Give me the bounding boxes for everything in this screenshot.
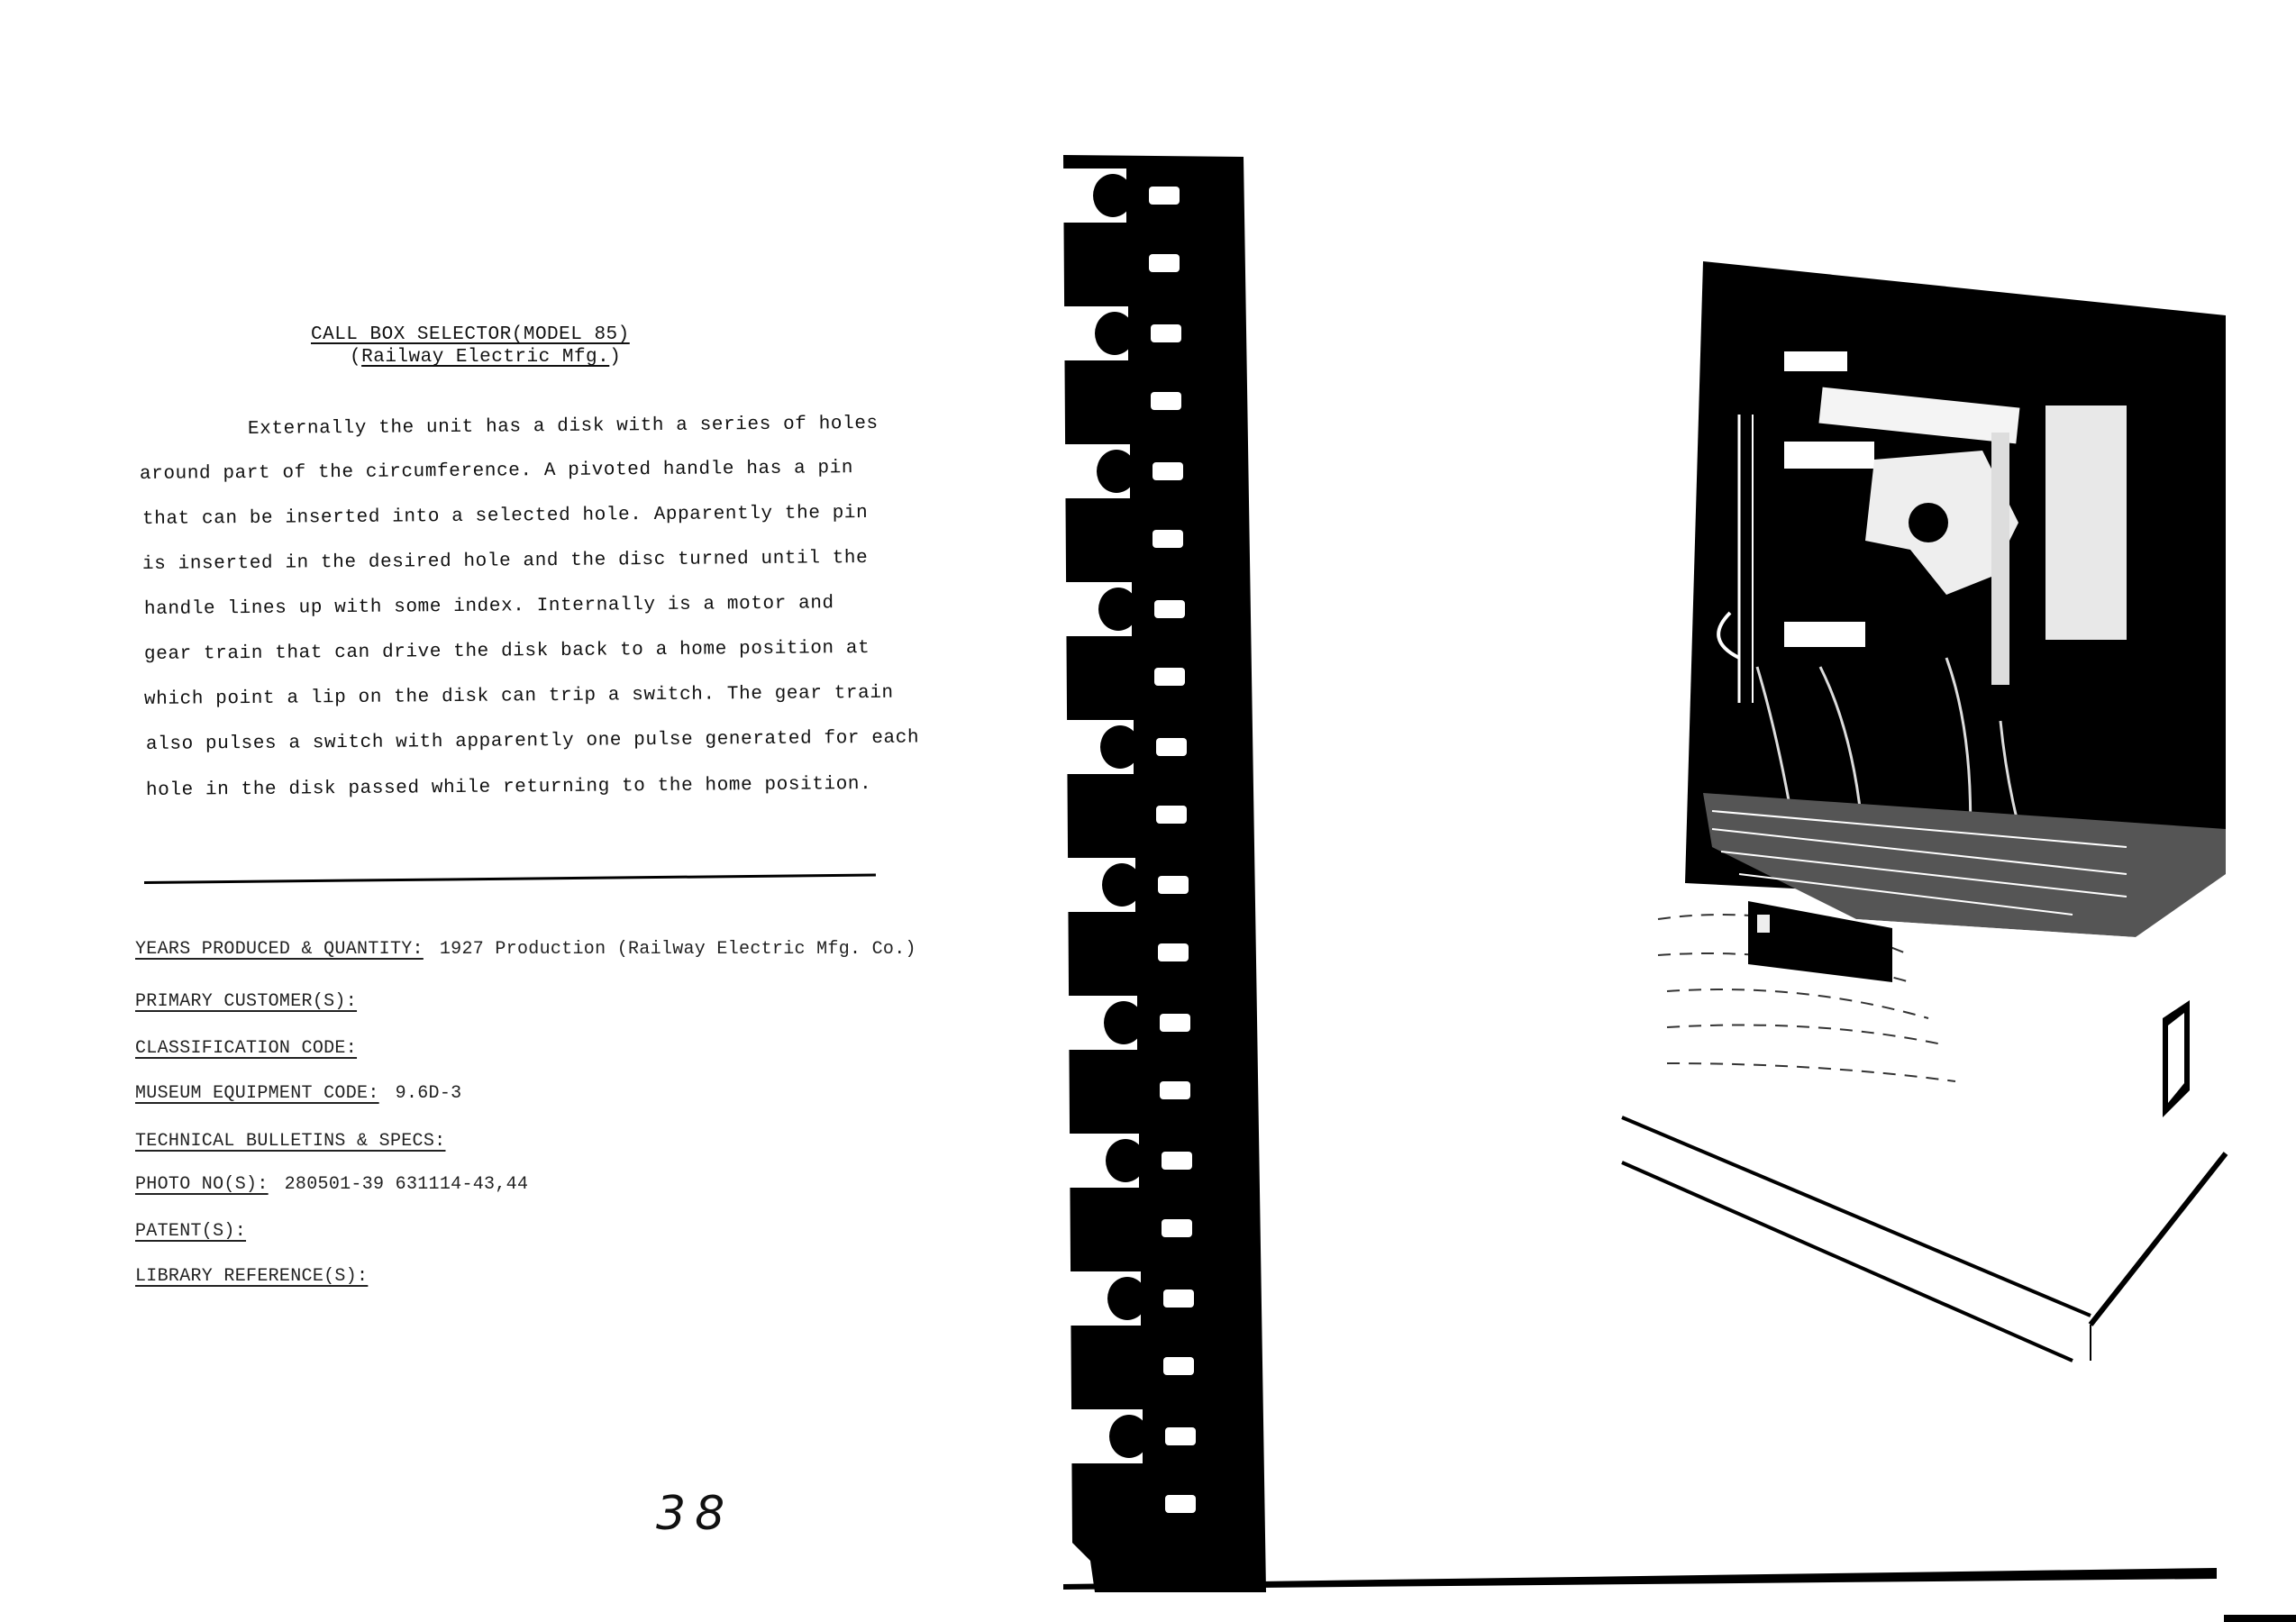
field-row: LIBRARY REFERENCE(S): [135, 1266, 384, 1287]
field-label: MUSEUM EQUIPMENT CODE: [135, 1083, 379, 1104]
body-line: also pulses a switch with apparently one… [146, 728, 919, 755]
field-label: CLASSIFICATION CODE: [135, 1038, 357, 1059]
field-value: 280501-39 631114-43,44 [285, 1174, 529, 1195]
field-label: PRIMARY CUSTOMER(S): [135, 991, 357, 1012]
body-line: handle lines up with some index. Interna… [144, 593, 834, 620]
document-subtitle: (Railway Electric Mfg.) [350, 347, 621, 368]
field-row: PATENT(S): [135, 1221, 262, 1242]
field-label: TECHNICAL BULLETINS & SPECS: [135, 1131, 445, 1152]
section-divider [144, 873, 876, 884]
field-value: 9.6D-3 [396, 1083, 462, 1104]
call-box-selector-photo [1442, 252, 2235, 1424]
field-row: MUSEUM EQUIPMENT CODE:9.6D-3 [135, 1083, 461, 1104]
body-line: is inserted in the desired hole and the … [142, 548, 868, 575]
body-line: which point a lip on the disk can trip a… [144, 683, 894, 710]
field-row: TECHNICAL BULLETINS & SPECS: [135, 1131, 461, 1152]
subtitle-paren-open: ( [350, 347, 361, 368]
field-value: 1927 Production (Railway Electric Mfg. C… [440, 939, 916, 960]
field-row: PRIMARY CUSTOMER(S): [135, 991, 373, 1012]
subtitle-paren-close: ) [609, 347, 621, 368]
field-label: LIBRARY REFERENCE(S): [135, 1266, 368, 1287]
page-number: 38 [656, 1487, 733, 1541]
binder-strip [1063, 155, 1266, 1592]
field-label: PHOTO NO(S): [135, 1174, 269, 1195]
manufacturer-name: Railway Electric Mfg. [361, 347, 609, 368]
field-row: PHOTO NO(S):280501-39 631114-43,44 [135, 1174, 528, 1195]
body-line: around part of the circumference. A pivo… [140, 458, 853, 485]
body-line: Externally the unit has a disk with a se… [248, 414, 879, 440]
body-line: that can be inserted into a selected hol… [142, 503, 868, 530]
scan-edge-mark [2224, 1615, 2296, 1622]
field-row: CLASSIFICATION CODE: [135, 1038, 373, 1059]
body-line: gear train that can drive the disk back … [144, 638, 870, 665]
document-title: CALL BOX SELECTOR(MODEL 85) [311, 324, 630, 345]
photo-bottom-edge [1027, 1568, 2217, 1590]
field-row: YEARS PRODUCED & QUANTITY:1927 Productio… [135, 939, 916, 960]
body-line: hole in the disk passed while returning … [146, 774, 871, 801]
field-label: PATENT(S): [135, 1221, 246, 1242]
field-label: YEARS PRODUCED & QUANTITY: [135, 939, 424, 960]
